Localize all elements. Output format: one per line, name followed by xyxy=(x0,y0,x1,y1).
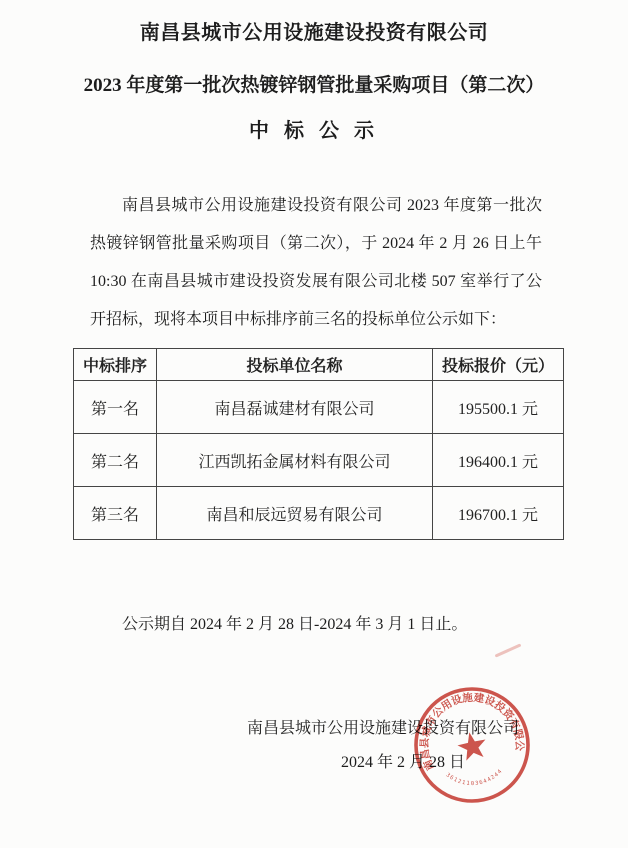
ink-smudge xyxy=(495,643,522,657)
cell-price: 196400.1 元 xyxy=(433,434,564,487)
cell-price: 196700.1 元 xyxy=(433,487,564,540)
intro-line: 10:30 在南昌县城市建设投资发展有限公司北楼 507 室举行了公 xyxy=(90,263,542,301)
table-header-row: 中标排序 投标单位名称 投标报价（元） xyxy=(74,349,564,381)
svg-text:南昌县城市公用设施建设投资有限公司: 南昌县城市公用设施建设投资有限公司 xyxy=(391,664,528,777)
cell-rank: 第一名 xyxy=(74,381,157,434)
cell-rank: 第二名 xyxy=(74,434,157,487)
bid-results-table: 中标排序 投标单位名称 投标报价（元） 第一名 南昌磊诚建材有限公司 19550… xyxy=(73,348,564,540)
cell-company: 江西凯拓金属材料有限公司 xyxy=(157,434,433,487)
seal-serial-number: 36121103644244 xyxy=(444,761,506,793)
header-price: 投标报价（元） xyxy=(433,349,564,381)
cell-rank: 第三名 xyxy=(74,487,157,540)
seal-star xyxy=(455,729,489,761)
publicity-period-line: 公示期自 2024 年 2 月 28 日-2024 年 3 月 1 日止。 xyxy=(90,611,570,639)
cell-company: 南昌磊诚建材有限公司 xyxy=(157,381,433,434)
header-rank: 中标排序 xyxy=(74,349,157,381)
cell-company: 南昌和辰远贸易有限公司 xyxy=(157,487,433,540)
header-company: 投标单位名称 xyxy=(157,349,433,381)
cell-price: 195500.1 元 xyxy=(433,381,564,434)
intro-line: 热镀锌钢管批量采购项目（第二次），于 2024 年 2 月 26 日上午 xyxy=(90,225,542,263)
official-seal: 南昌县城市公用设施建设投资有限公司 36121103644244 xyxy=(391,664,552,825)
intro-line: 开招标，现将本项目中标排序前三名的投标单位公示如下： xyxy=(90,301,542,339)
table-row: 第一名 南昌磊诚建材有限公司 195500.1 元 xyxy=(74,381,564,434)
table-row: 第三名 南昌和辰远贸易有限公司 196700.1 元 xyxy=(74,487,564,540)
svg-text:36121103644244: 36121103644244 xyxy=(444,761,506,793)
intro-line: 南昌县城市公用设施建设投资有限公司 2023 年度第一批次 xyxy=(90,187,542,225)
document-page: 南昌县城市公用设施建设投资有限公司 2023 年度第一批次热镀锌钢管批量采购项目… xyxy=(0,0,628,848)
table-row: 第二名 江西凯拓金属材料有限公司 196400.1 元 xyxy=(74,434,564,487)
doc-title-announcement: 中 标 公 示 xyxy=(0,114,628,143)
doc-title-company: 南昌县城市公用设施建设投资有限公司 xyxy=(0,16,628,45)
doc-title-project: 2023 年度第一批次热镀锌钢管批量采购项目（第二次） xyxy=(0,70,628,97)
seal-ring-text: 南昌县城市公用设施建设投资有限公司 xyxy=(391,664,528,777)
intro-paragraph: 南昌县城市公用设施建设投资有限公司 2023 年度第一批次 热镀锌钢管批量采购项… xyxy=(90,187,542,339)
